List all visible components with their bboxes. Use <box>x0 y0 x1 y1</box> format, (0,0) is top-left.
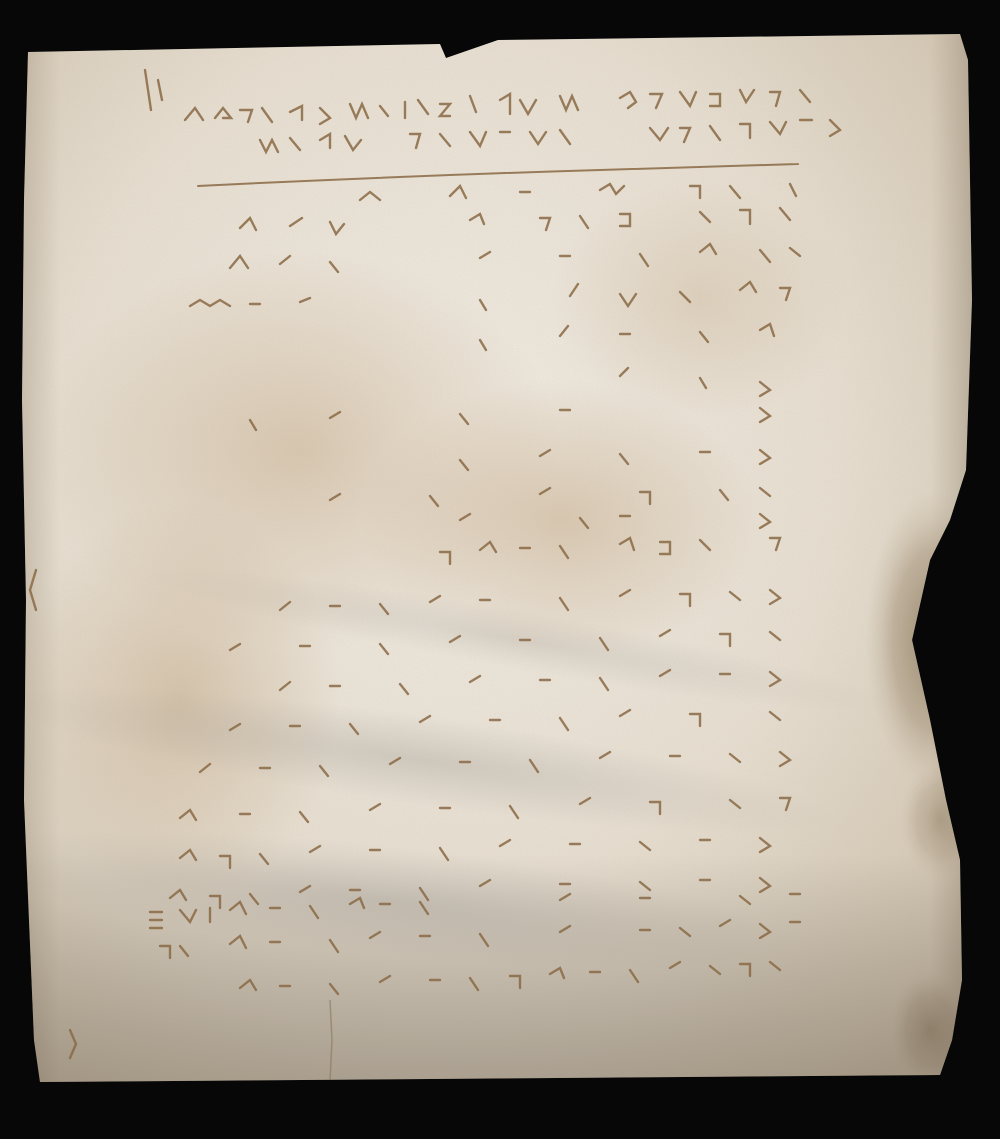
stone-tablet-photo <box>0 0 1000 1139</box>
tablet <box>0 0 1000 1139</box>
